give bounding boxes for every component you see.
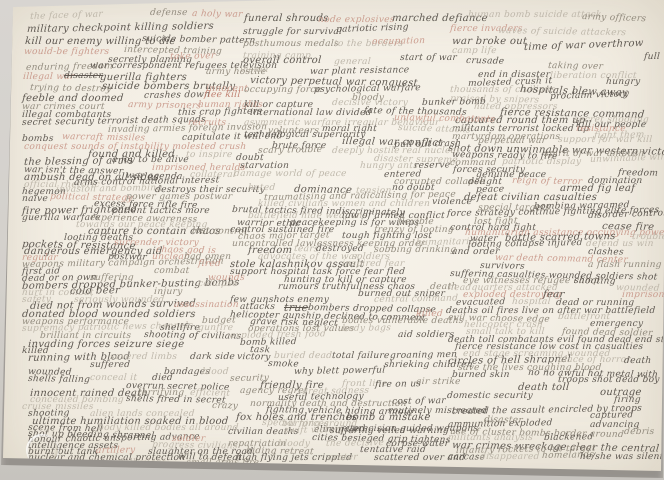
handwritten-word: shells fired in secret bbox=[126, 395, 227, 406]
handwritten-word: patriotic rising bbox=[336, 23, 409, 35]
handwritten-word: debris bbox=[624, 428, 655, 437]
handwritten-word: to inspire bbox=[186, 151, 233, 160]
handwritten-word: occupying force bbox=[244, 86, 322, 95]
artwork-photo: the face of wardefensea holy warfuneral … bbox=[0, 0, 664, 480]
handwritten-word: naive bbox=[22, 195, 49, 204]
handwritten-word: hated bbox=[248, 184, 276, 193]
paper-sheet: the face of wardefensea holy warfuneral … bbox=[0, 0, 664, 480]
handwritten-word: defense bbox=[150, 9, 188, 18]
handwritten-word: victory bbox=[237, 353, 271, 363]
handwritten-word: troops shot dead boy bbox=[558, 376, 660, 385]
handwritten-text-layer: the face of wardefensea holy warfuneral … bbox=[0, 0, 664, 480]
handwritten-word: hungry bbox=[606, 78, 641, 87]
handwritten-word: a holy war bbox=[192, 10, 243, 20]
handwritten-word: combat bbox=[154, 267, 190, 276]
handwritten-word: blood bbox=[202, 368, 229, 377]
handwritten-word: proclaim victory bbox=[550, 90, 630, 102]
handwritten-word: aid soldiers bbox=[398, 331, 455, 340]
handwritten-word: full bbox=[644, 53, 661, 62]
handwritten-word: flee kill bbox=[204, 91, 241, 100]
handwritten-word: occupation bbox=[372, 37, 426, 47]
handwritten-word: bomb a mistake bbox=[346, 413, 431, 423]
handwritten-word: kill our people bbox=[576, 121, 647, 130]
handwritten-word: army hostile bbox=[206, 68, 267, 77]
handwritten-word: fired bbox=[198, 260, 222, 269]
handwritten-word: army officers bbox=[582, 13, 647, 24]
handwritten-word: air strike bbox=[416, 378, 461, 387]
handwritten-word: shooting bbox=[574, 277, 616, 287]
handwritten-word: crater bbox=[328, 453, 358, 463]
handwritten-word: why blett powerful bbox=[294, 366, 386, 377]
handwritten-word: invading forces seizure siege bbox=[28, 340, 185, 350]
handwritten-word: crusade bbox=[466, 57, 505, 67]
handwritten-word: and order bbox=[452, 248, 500, 257]
handwritten-word: body bags bbox=[342, 324, 392, 334]
handwritten-word: posthumous medals bbox=[243, 40, 339, 49]
handwritten-word: the face of war bbox=[30, 10, 103, 22]
handwritten-word: death bbox=[624, 357, 652, 366]
handwritten-word: domestic security bbox=[447, 392, 533, 401]
handwritten-word: crazy bbox=[212, 402, 239, 411]
handwritten-word: would-be fighters bbox=[24, 48, 110, 57]
handwritten-word: he/she was silent bbox=[580, 453, 664, 462]
handwritten-word: international law divided bbox=[250, 109, 372, 118]
handwritten-word: violence bbox=[432, 198, 473, 207]
handwritten-word: shells falling bbox=[28, 375, 91, 385]
handwritten-word: start of war bbox=[400, 54, 458, 63]
handwritten-word: fire on us bbox=[375, 380, 422, 390]
handwritten-word: a flash running bbox=[588, 261, 662, 270]
handwritten-word: unwinnable win bbox=[590, 153, 664, 165]
handwritten-word: damage world of peace bbox=[234, 170, 347, 179]
handwritten-word: suffered bbox=[90, 361, 131, 370]
handwritten-word: struggle for survival bbox=[243, 28, 343, 37]
handwritten-word: camp life bbox=[452, 47, 497, 56]
handwritten-word: time of war overthrow bbox=[524, 39, 644, 53]
handwritten-word: total failure bbox=[332, 352, 390, 361]
handwritten-word: collapse bbox=[198, 280, 238, 289]
handwritten-word: military checkpoint killing soldiers bbox=[27, 22, 214, 35]
handwritten-word: scary trouble bbox=[258, 146, 323, 156]
handwritten-word: dark side bbox=[190, 353, 236, 362]
handwritten-word: support for war kill bbox=[558, 136, 653, 145]
handwritten-word: disorder control bbox=[588, 209, 664, 221]
handwritten-word: disappeared bbox=[480, 453, 540, 462]
handwritten-word: funeral shrouds bbox=[244, 14, 329, 24]
handwritten-word: disaster bbox=[64, 72, 104, 81]
